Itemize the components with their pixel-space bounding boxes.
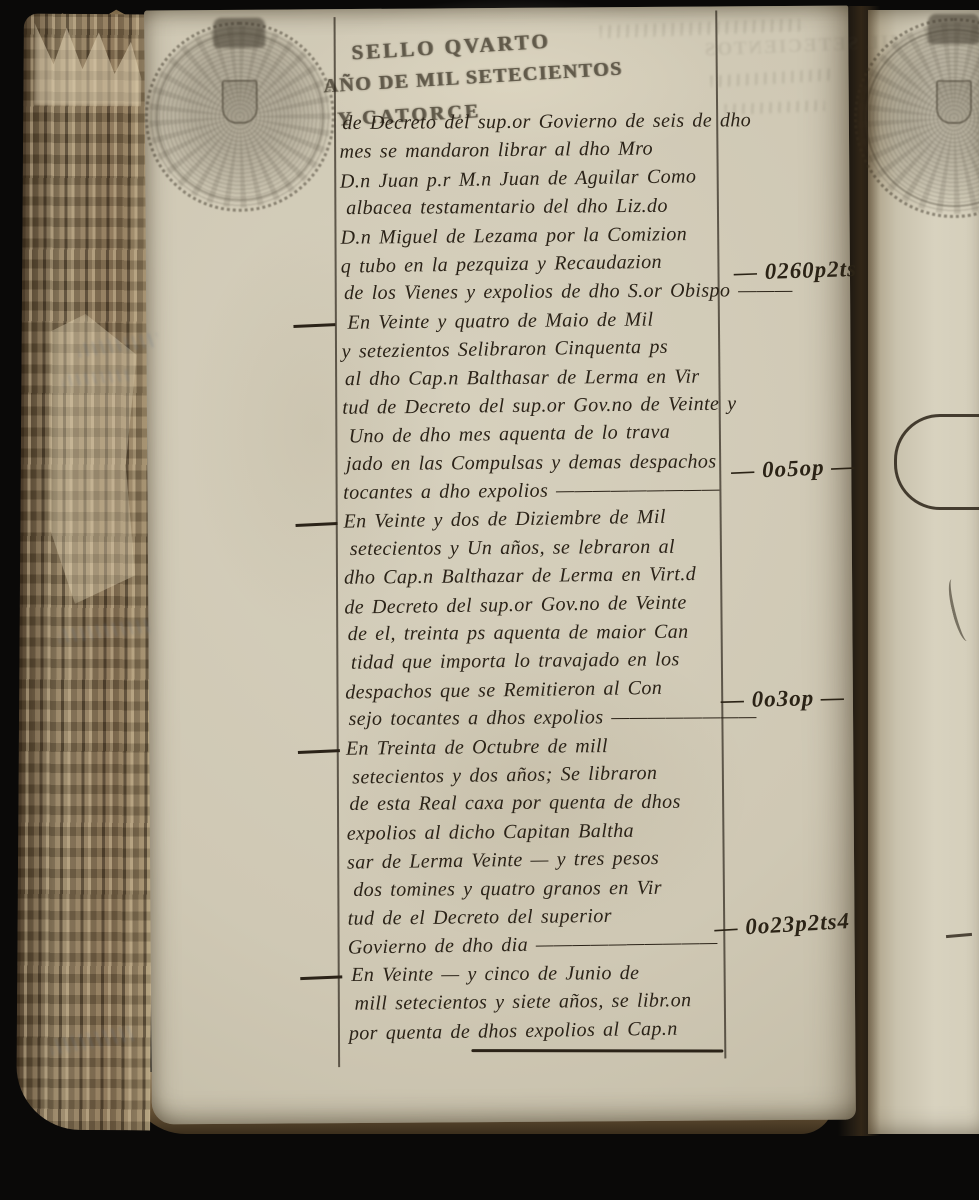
manuscript-line: tidad que importa lo travajado en los bbox=[345, 645, 727, 677]
manuscript-text-block: de Decreto del sup.or Govierno de seis d… bbox=[339, 106, 731, 1047]
manuscript-line: de Decreto del sup.or Gov.no de Veinte bbox=[344, 588, 726, 622]
manuscript-line: q tubo en la pezquiza y Recaudazion bbox=[341, 247, 723, 281]
manuscript-line: D.n Juan p.r M.n Juan de Aguilar Como bbox=[340, 162, 722, 196]
manuscript-right-page bbox=[868, 10, 979, 1134]
manuscript-line: de esta Real caxa por quenta de dhos bbox=[346, 788, 728, 819]
seal-shield bbox=[936, 80, 972, 124]
manuscript-line: dos tomines y quatro granos en Vir bbox=[347, 873, 729, 904]
margin-amount-3: — 0o3op — bbox=[721, 685, 846, 714]
manuscript-line: albacea testamentario del dho Liz.do bbox=[340, 192, 722, 223]
manuscript-line: En Veinte — y cinco de Junio de bbox=[348, 958, 730, 989]
manuscript-line: sar de Lerma Veinte — y tres pesos bbox=[347, 843, 729, 877]
manuscript-line: mes se mandaron librar al dho Mro bbox=[339, 134, 721, 166]
margin-amount-2: — 0o5op — bbox=[731, 453, 856, 484]
manuscript-line: por quenta de dhos expolios al Cap.n bbox=[349, 1013, 731, 1047]
manuscript-line: de los Vienes y expolios de dho S.or Obi… bbox=[341, 277, 723, 308]
manuscript-line: y setezientos Selibraron Cinquenta ps bbox=[342, 332, 724, 366]
manuscript-left-page: SELLO QVARTO AÑO DE MIL SETECIENTOS Y CA… bbox=[144, 6, 856, 1125]
ink-bleedthrough-smudge bbox=[710, 69, 831, 88]
manuscript-line: sejo tocantes a dhos expolios ———————— bbox=[345, 703, 727, 734]
manuscript-line: de el, treinta ps aquenta de maior Can bbox=[345, 617, 727, 648]
seal-shield bbox=[222, 79, 258, 123]
marginal-pen-mark bbox=[944, 577, 974, 643]
manuscript-line: En Veinte y dos de Diziembre de Mil bbox=[343, 502, 725, 536]
manuscript-line: setecientos y Un años, se lebraron al bbox=[344, 532, 726, 563]
closing-underline bbox=[471, 1049, 723, 1052]
manuscript-line: de Decreto del sup.or Govierno de seis d… bbox=[339, 106, 721, 137]
manuscript-line: Uno de dho mes aquenta de lo trava bbox=[342, 417, 724, 451]
seal-crown bbox=[213, 18, 265, 48]
margin-amount-1: — 0260p2ts bbox=[734, 256, 858, 286]
stamp-line-1: SELLO QVARTO bbox=[351, 29, 552, 66]
manuscript-line: mill setecientos y siete años, se libr.o… bbox=[348, 986, 730, 1018]
manuscript-line: Govierno de dho dia —————————— bbox=[348, 928, 730, 962]
manuscript-line: jado en las Compulsas y demas despachos bbox=[343, 447, 725, 478]
royal-seal-stamp-left bbox=[144, 21, 335, 212]
margin-amount-4: — 0o23p2ts4 bbox=[714, 908, 851, 942]
page-stack-fore-edge bbox=[16, 14, 158, 1131]
photo-background: SELLO QVARTO AÑO DE MIL SETECIENTOS Y CA… bbox=[0, 0, 979, 1200]
manuscript-line: dho Cap.n Balthazar de Lerma en Virt.d bbox=[344, 560, 726, 592]
manuscript-line: despachos que se Remitieron al Con bbox=[345, 673, 727, 707]
marginal-flourish-arc bbox=[894, 414, 979, 510]
manuscript-line: al dho Cap.n Balthasar de Lerma en Vir bbox=[342, 362, 724, 393]
marginal-dash-mark bbox=[946, 933, 972, 938]
